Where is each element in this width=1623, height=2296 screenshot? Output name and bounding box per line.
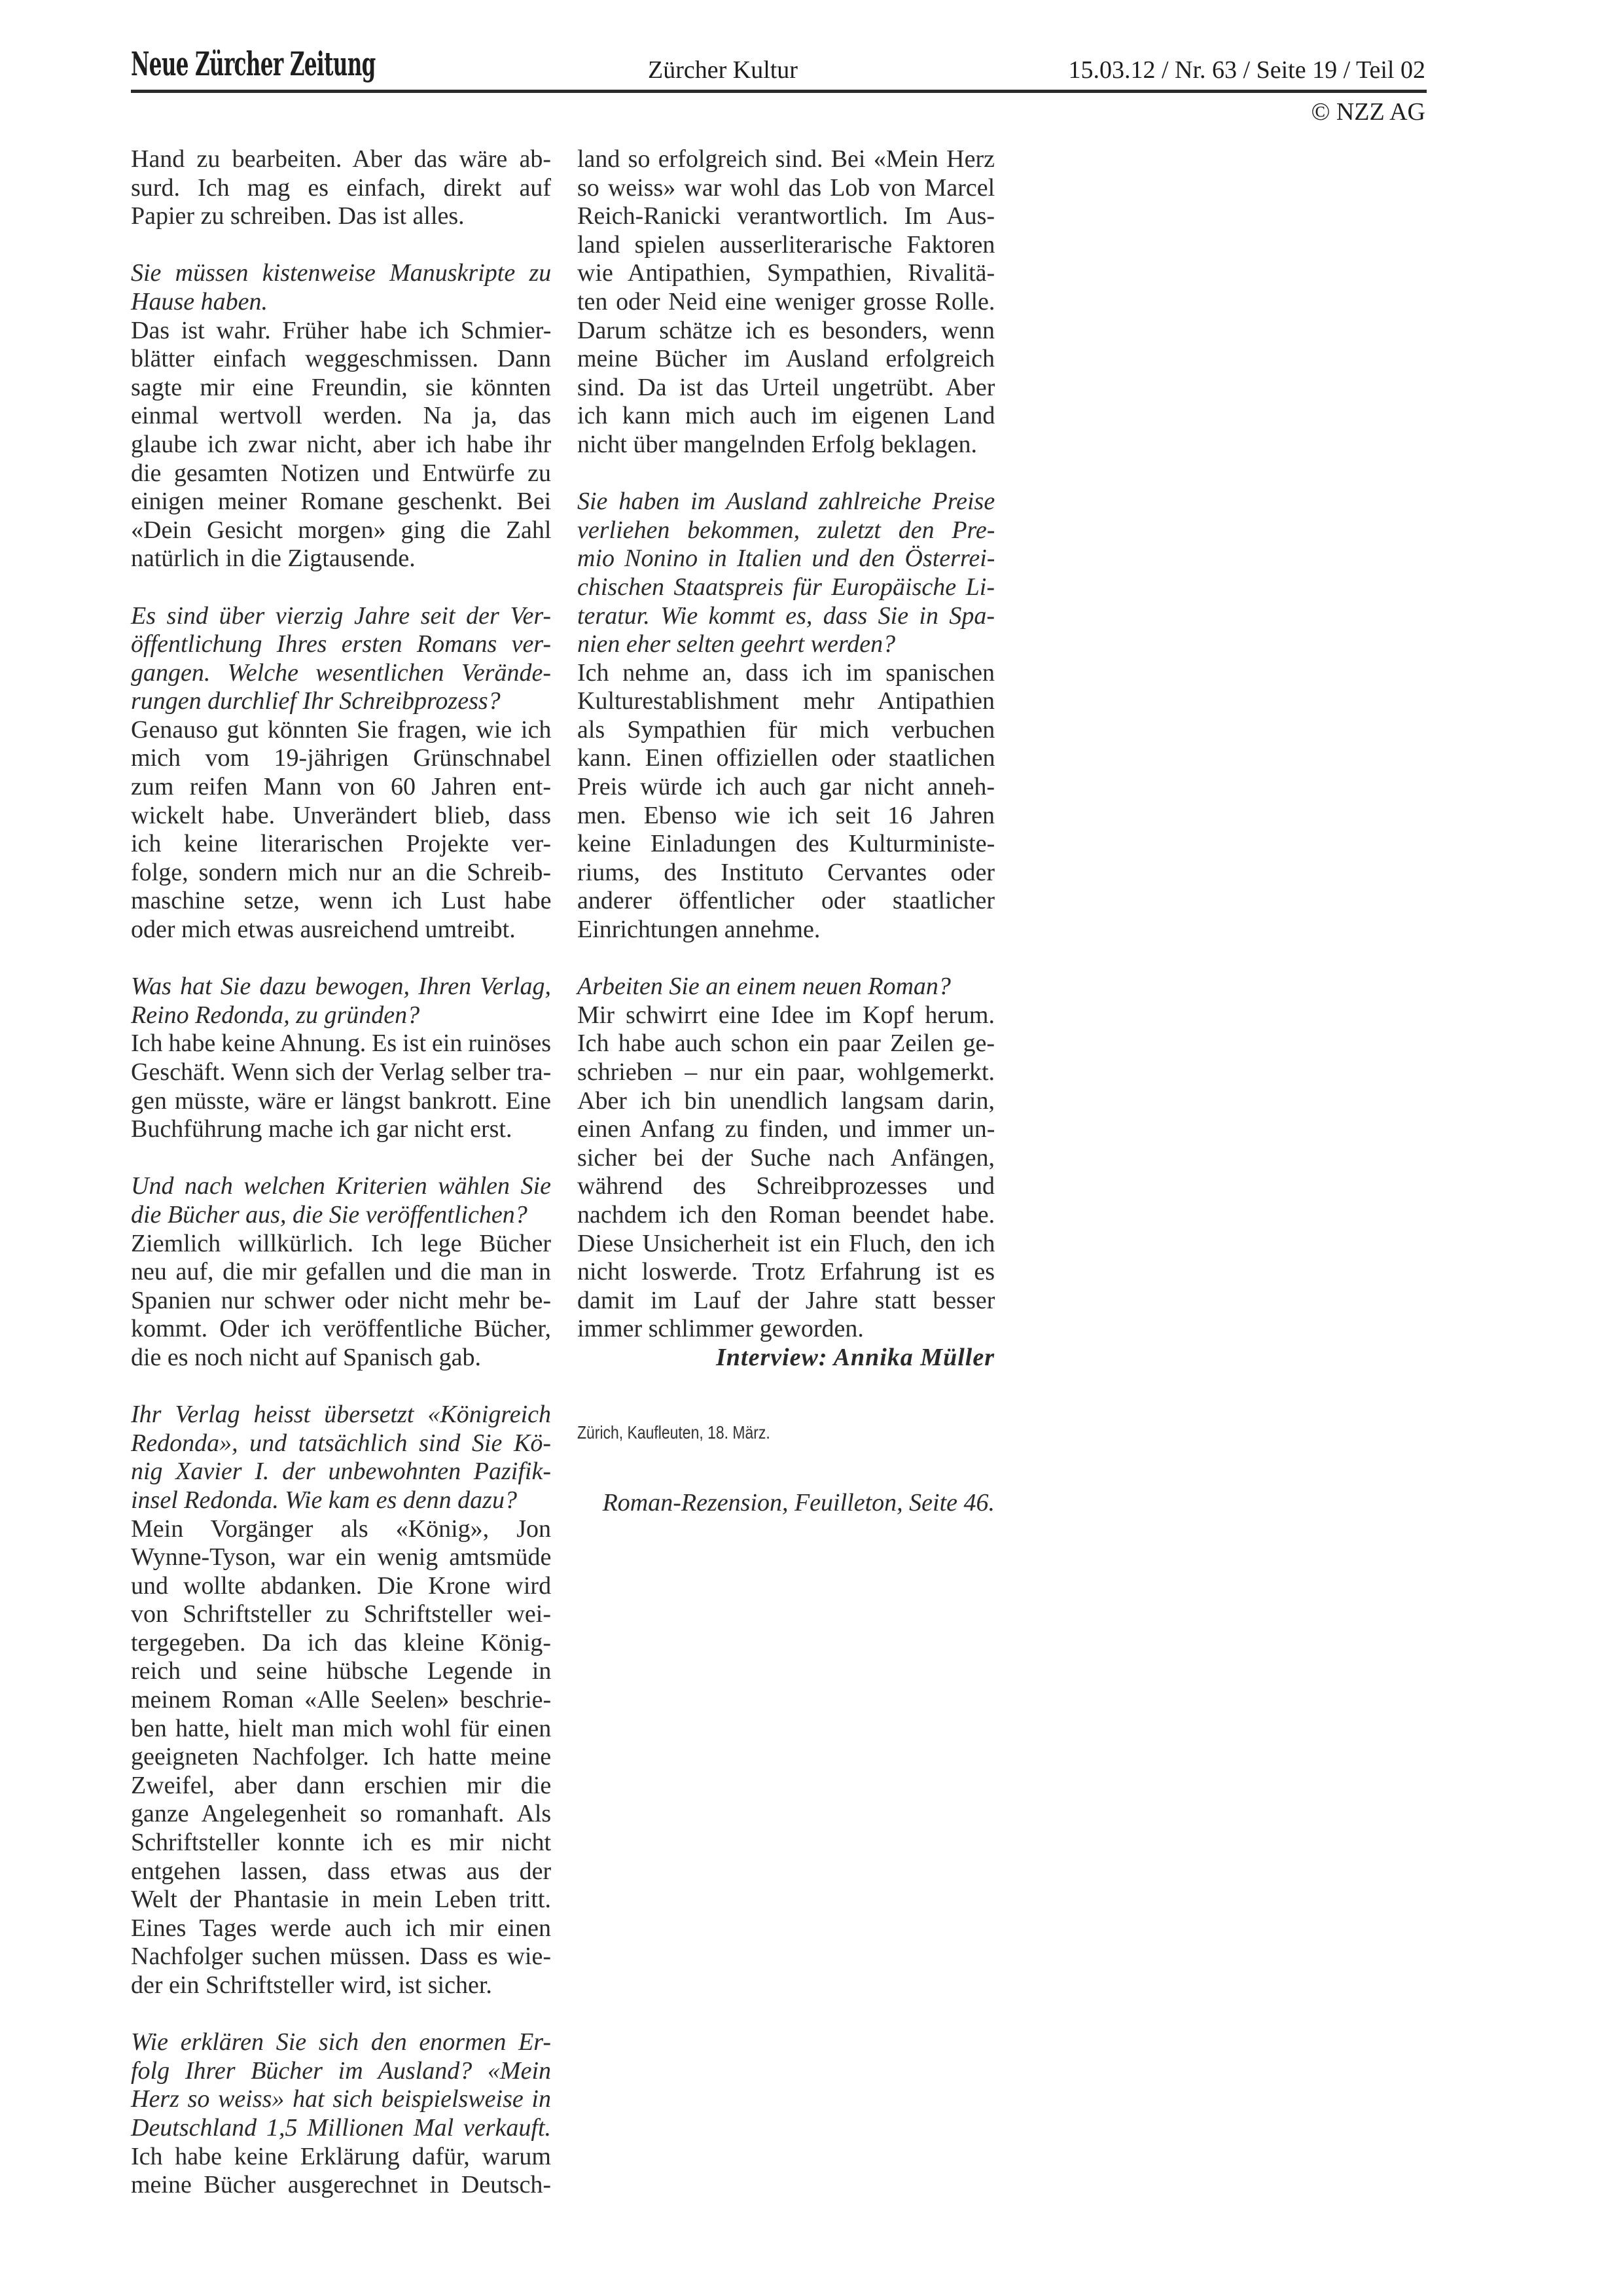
answer-line: Nachfolger suchen müssen. Dass es wie- — [131, 1943, 551, 1971]
paragraph-gap — [131, 944, 551, 973]
masthead-logo: Neue Zürcher Zeitung — [131, 45, 376, 84]
answer-line: Preis würde ich auch gar nicht anneh- — [577, 773, 995, 802]
answer-line: entgehen lassen, dass etwas aus der — [131, 1857, 551, 1886]
paragraph-gap — [577, 944, 995, 973]
copyright-notice: © NZZ AG — [1311, 98, 1425, 126]
answer-line: einmal wertvoll werden. Na ja, das — [131, 402, 551, 431]
question-line: insel Redonda. Wie kam es denn dazu? — [131, 1486, 551, 1515]
answer-line: ich kann mich auch im eigenen Land — [577, 402, 995, 431]
question-line: folg Ihrer Bücher im Ausland? «Mein — [131, 2057, 551, 2086]
answer-line: kann. Einen offiziellen oder staatlichen — [577, 744, 995, 773]
answer-line: ten oder Neid eine weniger grosse Rolle. — [577, 288, 995, 317]
question-line: Sie haben im Ausland zahlreiche Preise — [577, 488, 995, 516]
answer-line: meine Bücher ausgerechnet in Deutsch- — [131, 2171, 551, 2200]
question-line: mio Nonino in Italien und den Österrei- — [577, 545, 995, 573]
answer-line: Spanien nur schwer oder nicht mehr be- — [131, 1287, 551, 1316]
answer-line: meine Bücher im Ausland erfolgreich — [577, 345, 995, 374]
answer-line: Wynne-Tyson, war ein wenig amtsmüde — [131, 1543, 551, 1572]
answer-line: keine Einladungen des Kulturministe- — [577, 830, 995, 859]
answer-line: Diese Unsicherheit ist ein Fluch, den ic… — [577, 1230, 995, 1259]
header-rule — [131, 90, 1427, 93]
answer-line: während des Schreibprozesses und — [577, 1172, 995, 1201]
answer-line: tergegeben. Da ich das kleine König- — [131, 1629, 551, 1658]
answer-line: Ich nehme an, dass ich im spanischen — [577, 659, 995, 688]
answer-line: Das ist wahr. Früher habe ich Schmier- — [131, 317, 551, 346]
answer-line: «Dein Gesicht morgen» ging die Zahl — [131, 516, 551, 545]
question-line: chischen Staatspreis für Europäische Li- — [577, 573, 995, 602]
answer-line: einigen meiner Romane geschenkt. Bei — [131, 488, 551, 516]
answer-line: nicht loswerde. Trotz Erfahrung ist es — [577, 1258, 995, 1287]
question-line: Reino Redonda, zu gründen? — [131, 1001, 551, 1030]
answer-line: ben hatte, hielt man mich wohl für einen — [131, 1715, 551, 1744]
answer-line: zum reifen Mann von 60 Jahren ent- — [131, 773, 551, 802]
answer-line: Ziemlich willkürlich. Ich lege Bücher — [131, 1230, 551, 1259]
answer-line: wie Antipathien, Sympathien, Rivalitä- — [577, 259, 995, 288]
answer-line: sind. Da ist das Urteil ungetrübt. Aber — [577, 374, 995, 403]
paragraph-gap — [131, 573, 551, 602]
answer-line: men. Ebenso wie ich seit 16 Jahren — [577, 802, 995, 831]
question-line: Arbeiten Sie an einem neuen Roman? — [577, 973, 995, 1001]
answer-line: Mein Vorgänger als «König», Jon — [131, 1515, 551, 1544]
section-title: Zürcher Kultur — [648, 56, 798, 84]
issue-info: 15.03.12 / Nr. 63 / Seite 19 / Teil 02 — [1068, 56, 1425, 84]
paragraph-gap — [131, 231, 551, 260]
cross-reference: Roman-Rezension, Feuilleton, Seite 46. — [577, 1488, 995, 1517]
question-line: nig Xavier I. der unbewohnten Pazifik- — [131, 1458, 551, 1486]
question-line: Sie müssen kistenweise Manuskripte zu — [131, 259, 551, 288]
answer-line: wickelt habe. Unverändert blieb, dass — [131, 802, 551, 831]
answer-line: kommt. Oder ich veröffentliche Bücher, — [131, 1315, 551, 1344]
answer-line: einen Anfang zu finden, und immer un- — [577, 1115, 995, 1144]
answer-line: Ich habe keine Ahnung. Es ist ein ruinös… — [131, 1030, 551, 1058]
answer-line: riums, des Instituto Cervantes oder — [577, 859, 995, 888]
answer-line: ganze Angelegenheit so romanhaft. Als — [131, 1800, 551, 1829]
answer-line: als Sympathien für mich verbuchen — [577, 716, 995, 745]
answer-line: Hand zu bearbeiten. Aber das wäre ab- — [131, 145, 551, 174]
question-line: Ihr Verlag heisst übersetzt «Königreich — [131, 1401, 551, 1429]
answer-line: folge, sondern mich nur an die Schreib- — [131, 859, 551, 888]
answer-line: Aber ich bin unendlich langsam darin, — [577, 1087, 995, 1116]
answer-line: Papier zu schreiben. Das ist alles. — [131, 202, 551, 231]
question-line: teratur. Wie kommt es, dass Sie in Spa- — [577, 602, 995, 631]
answer-line: sicher bei der Suche nach Anfängen, — [577, 1144, 995, 1173]
answer-line: Welt der Phantasie in mein Leben tritt. — [131, 1886, 551, 1914]
answer-line: so weiss» war wohl das Lob von Marcel — [577, 174, 995, 203]
answer-line: die es noch nicht auf Spanisch gab. — [131, 1344, 551, 1372]
question-line: verliehen bekommen, zuletzt den Pre- — [577, 516, 995, 545]
question-line: Wie erklären Sie sich den enormen Er- — [131, 2028, 551, 2057]
question-line: Herz so weiss» hat sich beispielsweise i… — [131, 2085, 551, 2114]
question-line: öffentlichung Ihres ersten Romans ver- — [131, 630, 551, 659]
answer-line: Mir schwirrt eine Idee im Kopf herum. — [577, 1001, 995, 1030]
answer-line: oder mich etwas ausreichend umtreibt. — [131, 916, 551, 944]
answer-line: und wollte abdanken. Die Krone wird — [131, 1572, 551, 1601]
question-line: Hause haben. — [131, 288, 551, 317]
text-column-2: land so erfolgreich sind. Bei «Mein Herz… — [577, 145, 995, 1372]
answer-line: Eines Tages werde auch ich mir einen — [131, 1914, 551, 1943]
answer-line: land spielen ausserliterarische Faktoren — [577, 231, 995, 260]
answer-line: Geschäft. Wenn sich der Verlag selber tr… — [131, 1058, 551, 1087]
question-line: rungen durchlief Ihr Schreibprozess? — [131, 687, 551, 716]
answer-line: nicht über mangelnden Erfolg beklagen. — [577, 431, 995, 459]
place-date-note: Zürich, Kaufleuten, 18. März. — [577, 1422, 770, 1444]
question-line: Und nach welchen Kriterien wählen Sie — [131, 1172, 551, 1201]
question-line: Redonda», und tatsächlich sind Sie Kö- — [131, 1429, 551, 1458]
answer-line: ich keine literarischen Projekte ver- — [131, 830, 551, 859]
answer-line: maschine setze, wenn ich Lust habe — [131, 887, 551, 916]
answer-line: damit im Lauf der Jahre statt besser — [577, 1287, 995, 1316]
question-line: die Bücher aus, die Sie veröffentlichen? — [131, 1201, 551, 1230]
paragraph-gap — [131, 1372, 551, 1401]
answer-line: geeigneten Nachfolger. Ich hatte meine — [131, 1743, 551, 1772]
answer-line: Schriftsteller konnte ich es mir nicht — [131, 1829, 551, 1857]
answer-line: schrieben – nur ein paar, wohlgemerkt. — [577, 1058, 995, 1087]
answer-line: natürlich in die Zigtausende. — [131, 545, 551, 573]
answer-line: Buchführung mache ich gar nicht erst. — [131, 1115, 551, 1144]
answer-line: neu auf, die mir gefallen und die man in — [131, 1258, 551, 1287]
answer-line: die gesamten Notizen und Entwürfe zu — [131, 459, 551, 488]
answer-line: meinem Roman «Alle Seelen» beschrie- — [131, 1686, 551, 1715]
answer-line: blätter einfach weggeschmissen. Dann — [131, 345, 551, 374]
question-line: Was hat Sie dazu bewogen, Ihren Verlag, — [131, 973, 551, 1001]
answer-line: reich und seine hübsche Legende in — [131, 1657, 551, 1686]
answer-line: sagte mir eine Freundin, sie könnten — [131, 374, 551, 403]
answer-line: Reich-Ranicki verantwortlich. Im Aus- — [577, 202, 995, 231]
question-line: Es sind über vierzig Jahre seit der Ver- — [131, 602, 551, 631]
interviewer-byline: Interview: Annika Müller — [577, 1344, 995, 1372]
paragraph-gap — [577, 459, 995, 488]
question-line: gangen. Welche wesentlichen Verände- — [131, 659, 551, 688]
answer-line: mich vom 19-jährigen Grünschnabel — [131, 744, 551, 773]
answer-line: Ich habe auch schon ein paar Zeilen ge- — [577, 1030, 995, 1058]
answer-line: nachdem ich den Roman beendet habe. — [577, 1201, 995, 1230]
answer-line: gen müsste, wäre er längst bankrott. Ein… — [131, 1087, 551, 1116]
answer-line: der ein Schriftsteller wird, ist sicher. — [131, 1971, 551, 2000]
paragraph-gap — [131, 1144, 551, 1173]
answer-line: Genauso gut könnten Sie fragen, wie ich — [131, 716, 551, 745]
question-line: nien eher selten geehrt werden? — [577, 630, 995, 659]
answer-line: anderer öffentlicher oder staatlicher — [577, 887, 995, 916]
answer-line: immer schlimmer geworden. — [577, 1315, 995, 1344]
answer-line: Kulturestablishment mehr Antipathien — [577, 687, 995, 716]
question-line: Deutschland 1,5 Millionen Mal verkauft. — [131, 2114, 551, 2143]
answer-line: Ich habe keine Erklärung dafür, warum — [131, 2143, 551, 2172]
text-column-1: Hand zu bearbeiten. Aber das wäre ab-sur… — [131, 145, 551, 2200]
answer-line: glaube ich zwar nicht, aber ich habe ihr — [131, 431, 551, 459]
answer-line: land so erfolgreich sind. Bei «Mein Herz — [577, 145, 995, 174]
answer-line: surd. Ich mag es einfach, direkt auf — [131, 174, 551, 203]
answer-line: von Schriftsteller zu Schriftsteller wei… — [131, 1600, 551, 1629]
paragraph-gap — [131, 2000, 551, 2029]
answer-line: Darum schätze ich es besonders, wenn — [577, 317, 995, 346]
answer-line: Zweifel, aber dann erschien mir die — [131, 1772, 551, 1801]
answer-line: Einrichtungen annehme. — [577, 916, 995, 944]
